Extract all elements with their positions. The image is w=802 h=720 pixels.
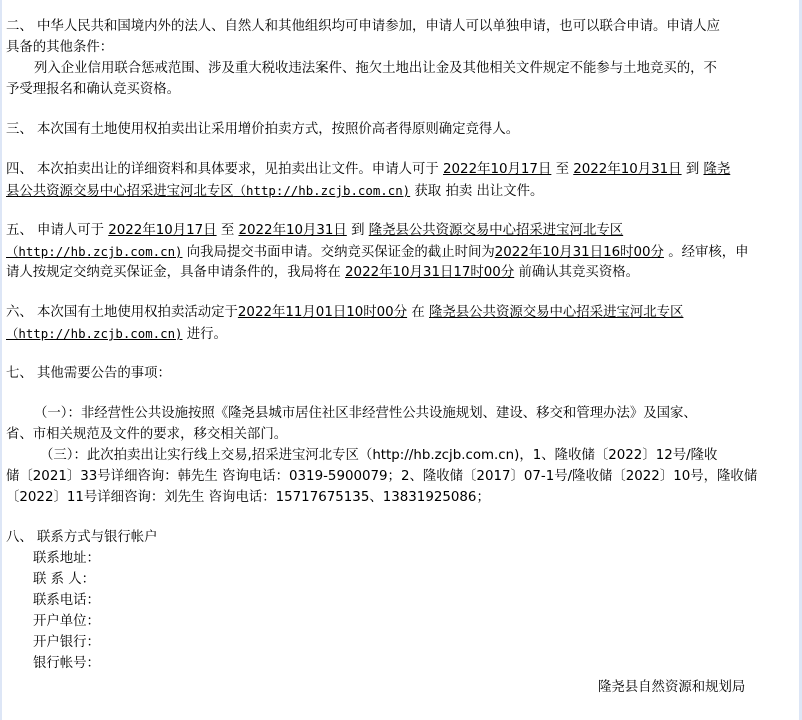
page-frame-left (0, 0, 2, 720)
section-7-item-3-line-3: 〔2022〕11号详细咨询：刘先生 咨询电话：15717675135、13831… (6, 487, 796, 508)
section-4-date-start: 2022年10月17日 (443, 162, 551, 177)
section-4-prefix: 四、 本次拍卖出让的详细资料和具体要求，见拍卖出让文件。申请人可于 (6, 162, 443, 177)
section-5-deposit-deadline: 2022年10月31日16时00分 (495, 245, 664, 260)
section-5-line-2: （http://hb.zcjb.com.cn) 向我局提交书面申请。交纳竞买保证… (6, 241, 796, 262)
contact-field-account-number: 银行帐号： (6, 653, 796, 674)
section-5-date-end: 2022年10月31日 (238, 223, 346, 238)
section-6-prefix: 六、 本次国有土地使用权拍卖活动定于 (6, 305, 238, 320)
section-4-to-2: 到 (682, 162, 704, 177)
contact-field-bank: 开户银行： (6, 632, 796, 653)
section-7-item-3-line-1: （三）：此次拍卖出让实行线上交易,招采进宝河北专区（http://hb.zcjb… (6, 445, 796, 466)
section-5-confirm-deadline: 2022年10月31日17时00分 (345, 265, 514, 280)
contact-field-phone: 联系电话： (6, 590, 796, 611)
section-4-line-1: 四、 本次拍卖出让的详细资料和具体要求，见拍卖出让文件。申请人可于 2022年1… (6, 159, 796, 180)
section-4-date-end: 2022年10月31日 (573, 162, 681, 177)
issuer-signature: 隆尧县自然资源和规划局 (598, 677, 745, 698)
section-4-suffix: 获取 拍卖 出让文件。 (410, 184, 543, 199)
section-5-to-1: 至 (217, 223, 239, 238)
section-5-mid: 向我局提交书面申请。交纳竞买保证金的截止时间为 (183, 245, 495, 260)
section-6-auction-time: 2022年11月01日10时00分 (238, 305, 407, 320)
section-7-item-1-line-1: （一）：非经营性公共设施按照《隆尧县城市居住社区非经营性公共设施规划、建设、移交… (6, 403, 796, 424)
section-2-line-3: 列入企业信用联合惩戒范围、涉及重大税收违法案件、拖欠土地出让金及其他相关文件规定… (6, 58, 796, 79)
contact-field-person: 联 系 人： (6, 569, 796, 590)
section-5-line-3-prefix: 请人按规定交纳竞买保证金，具备申请条件的，我局将在 (6, 265, 345, 280)
section-7-item-3-line-2: 储〔2021〕33号详细咨询：韩先生 咨询电话：0319-5900079；2、隆… (6, 466, 796, 487)
section-2-line-2: 具备的其他条件： (6, 37, 796, 58)
section-6-at: 在 (407, 305, 429, 320)
contact-field-account-holder: 开户单位： (6, 611, 796, 632)
section-4-line-2: 县公共资源交易中心招采进宝河北专区（http://hb.zcjb.com.cn)… (6, 180, 796, 201)
section-6-url-link[interactable]: （http://hb.zcjb.com.cn) (6, 326, 183, 341)
section-7-title: 七、 其他需要公告的事项： (6, 363, 796, 384)
section-6-line-1: 六、 本次国有土地使用权拍卖活动定于2022年11月01日10时00分 在 隆尧… (6, 302, 796, 323)
section-3-line-1: 三、 本次国有土地使用权拍卖出让采用增价拍卖方式，按照价高者得原则确定竞得人。 (6, 119, 796, 140)
section-8-title: 八、 联系方式与银行帐户 (6, 527, 796, 548)
section-5-url-link[interactable]: （http://hb.zcjb.com.cn) (6, 244, 183, 259)
section-4-venue-link-part2[interactable]: 县公共资源交易中心招采进宝河北专区 (6, 184, 234, 199)
section-4-url-link[interactable]: （http://hb.zcjb.com.cn) (234, 183, 411, 198)
contact-field-address: 联系地址： (6, 548, 796, 569)
section-5-mid-2: 。经审核，申 (664, 245, 749, 260)
section-6-venue-link[interactable]: 隆尧县公共资源交易中心招采进宝河北专区 (429, 305, 683, 320)
announcement-body: 二、 中华人民共和国境内外的法人、自然人和其他组织均可申请参加，申请人可以单独申… (6, 16, 796, 674)
section-7-item-1-line-2: 省、市相关规范及文件的要求，移交相关部门。 (6, 424, 796, 445)
section-5-line-3-suffix: 前确认其竞买资格。 (514, 265, 639, 280)
section-4-venue-link-part1[interactable]: 隆尧 (703, 162, 730, 177)
section-2-line-1: 二、 中华人民共和国境内外的法人、自然人和其他组织均可申请参加，申请人可以单独申… (6, 16, 796, 37)
section-6-suffix: 进行。 (183, 327, 227, 342)
section-5-line-1: 五、 申请人可于 2022年10月17日 至 2022年10月31日 到 隆尧县… (6, 220, 796, 241)
section-6-line-2: （http://hb.zcjb.com.cn) 进行。 (6, 323, 796, 344)
section-4-to-1: 至 (551, 162, 573, 177)
section-5-venue-link[interactable]: 隆尧县公共资源交易中心招采进宝河北专区 (369, 223, 623, 238)
section-2-line-4: 予受理报名和确认竞买资格。 (6, 79, 796, 100)
section-5-prefix: 五、 申请人可于 (6, 223, 108, 238)
section-5-line-3: 请人按规定交纳竞买保证金，具备申请条件的，我局将在 2022年10月31日17时… (6, 262, 796, 283)
section-5-to-2: 到 (347, 223, 369, 238)
section-5-date-start: 2022年10月17日 (108, 223, 216, 238)
